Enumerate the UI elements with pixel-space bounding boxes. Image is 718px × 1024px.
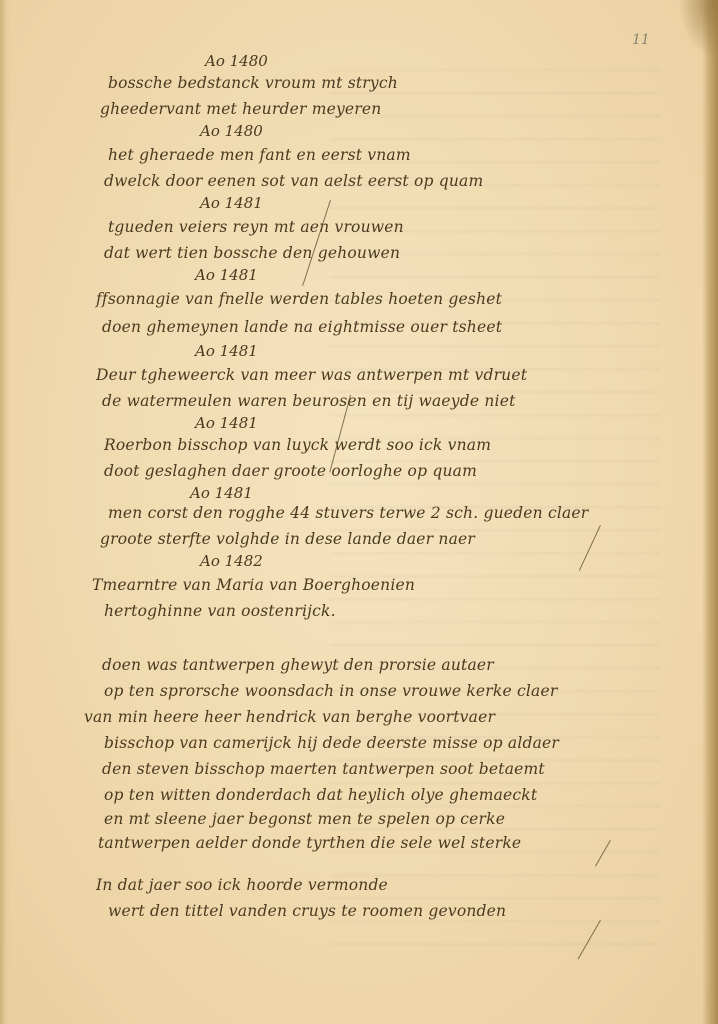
descender-stroke [302, 200, 331, 286]
text-line: doot geslaghen daer groote oorloghe op q… [104, 462, 477, 480]
folio-number: 11 [632, 32, 650, 48]
text-line: van min heere heer hendrick van berghe v… [84, 708, 495, 726]
text-line: bossche bedstanck vroum mt strych [108, 74, 398, 92]
text-line: de watermeulen waren beurosen en tij wae… [102, 392, 516, 410]
text-line: wert den tittel vanden cruys te roomen g… [108, 902, 506, 920]
text-line: groote sterfte volghde in dese lande dae… [100, 530, 475, 548]
corner-stain [678, 0, 718, 60]
text-line: tgueden veiers reyn mt aen vrouwen [108, 218, 404, 236]
binding-gutter [0, 0, 10, 1024]
year-heading: Ao 1480 [200, 122, 263, 140]
manuscript-page: 11 Ao 1480 bossche bedstanck vroum mt st… [0, 0, 718, 1024]
text-line: het gheraede men fant en eerst vnam [108, 146, 411, 164]
year-heading: Ao 1482 [200, 552, 263, 570]
text-line: dwelck door eenen sot van aelst eerst op… [104, 172, 483, 190]
text-line: Deur tgheweerck van meer was antwerpen m… [96, 366, 527, 384]
text-line: dat wert tien bossche den gehouwen [104, 244, 400, 262]
page-edge [702, 0, 718, 1024]
text-line: Roerbon bisschop van luyck werdt soo ick… [104, 436, 491, 454]
text-line: gheedervant met heurder meyeren [100, 100, 381, 118]
text-line: den steven bisschop maerten tantwerpen s… [102, 760, 545, 778]
text-line: tantwerpen aelder donde tyrthen die sele… [98, 834, 521, 852]
text-line: Tmearntre van Maria van Boerghoenien [92, 576, 415, 594]
text-line: men corst den rogghe 44 stuvers terwe 2 … [108, 504, 588, 522]
text-line: bisschop van camerijck hij dede deerste … [104, 734, 559, 752]
year-heading: Ao 1481 [200, 194, 263, 212]
year-heading: Ao 1481 [195, 414, 258, 432]
text-line: hertoghinne van oostenrijck. [104, 602, 336, 620]
text-line: en mt sleene jaer begonst men te spelen … [104, 810, 505, 828]
text-line: ffsonnagie van fnelle werden tables hoet… [96, 290, 502, 308]
text-line: doen was tantwerpen ghewyt den prorsie a… [102, 656, 494, 674]
text-line: op ten sprorsche woonsdach in onse vrouw… [104, 682, 557, 700]
year-heading: Ao 1481 [195, 342, 258, 360]
text-line: doen ghemeynen lande na eightmisse ouer … [102, 318, 502, 336]
year-heading: Ao 1481 [190, 484, 253, 502]
text-line: In dat jaer soo ick hoorde vermonde [96, 876, 388, 894]
text-line: op ten witten donderdach dat heylich oly… [104, 786, 537, 804]
year-heading: Ao 1480 [205, 52, 268, 70]
year-heading: Ao 1481 [195, 266, 258, 284]
